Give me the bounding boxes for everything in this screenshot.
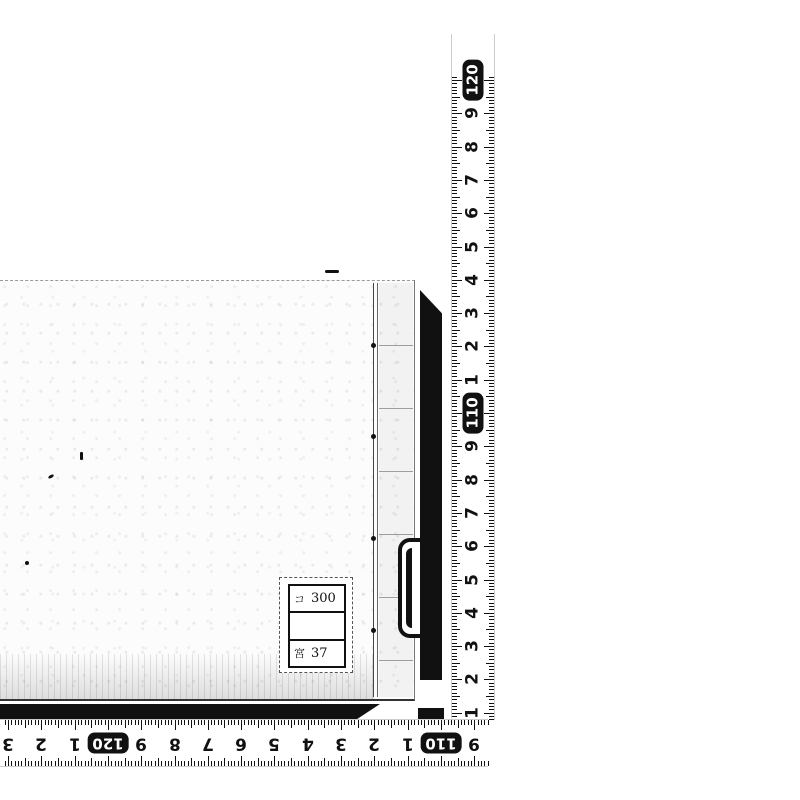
- ruler-tick: [484, 513, 494, 514]
- ruler-tick: [489, 656, 494, 657]
- ruler-tick: [18, 720, 19, 725]
- ruler-tick: [452, 396, 460, 397]
- ruler-tick: [328, 720, 329, 725]
- ruler-tick: [451, 720, 452, 725]
- ruler-tick: [155, 720, 156, 725]
- ruler-tick: [271, 761, 272, 766]
- ruler-tick: [452, 120, 457, 121]
- ruler-tick: [218, 720, 219, 725]
- ruler-tick: [452, 639, 457, 640]
- ruler-tick: [452, 140, 457, 141]
- ruler-tick: [452, 490, 457, 491]
- ruler-tick: [452, 220, 457, 221]
- ruler-tick: [368, 720, 369, 725]
- ruler-tick: [121, 761, 122, 766]
- ruler-tick: [128, 720, 129, 725]
- ruler-tick: [231, 720, 232, 725]
- ruler-tick: [489, 193, 494, 194]
- ruler-tick: [452, 526, 457, 527]
- ruler-tick: [452, 663, 460, 664]
- ruler-tick: [324, 758, 325, 766]
- ruler-tick: [121, 720, 122, 725]
- ruler-tick: [486, 163, 494, 164]
- ruler-tick: [489, 586, 494, 587]
- ruler-tick: [489, 703, 494, 704]
- ruler-tick: [268, 720, 269, 725]
- ruler-tick: [145, 761, 146, 766]
- ruler-tick: [452, 536, 457, 537]
- ruler-tick: [438, 761, 439, 766]
- binding-stitch: [371, 434, 376, 439]
- ruler-tick: [451, 761, 452, 766]
- ruler-tick: [452, 147, 462, 148]
- ruler-tick: [75, 756, 76, 766]
- ruler-tick: [378, 720, 379, 725]
- ruler-label: 7: [465, 507, 482, 519]
- ruler-tick: [489, 83, 494, 84]
- ruler-tick: [452, 426, 457, 427]
- ruler-tick: [489, 153, 494, 154]
- ruler-label: 3: [335, 735, 347, 752]
- ruler-tick: [314, 761, 315, 766]
- ruler-tick: [452, 133, 457, 134]
- ruler-label: 1: [465, 707, 482, 719]
- ruler-tick: [452, 483, 457, 484]
- ruler-tick: [489, 653, 494, 654]
- ruler-tick: [75, 720, 76, 730]
- ruler-tick: [452, 666, 457, 667]
- ruler-tick: [489, 386, 494, 387]
- ruler-tick: [258, 758, 259, 766]
- ruler-tick: [489, 603, 494, 604]
- ruler-tick: [198, 761, 199, 766]
- ruler-tick: [486, 363, 494, 364]
- ruler-tick: [452, 716, 457, 717]
- ruler-tick: [452, 180, 462, 181]
- ruler-tick: [374, 756, 375, 766]
- ruler-tick: [258, 720, 259, 728]
- ruler-tick: [484, 613, 494, 614]
- ruler-tick: [452, 340, 457, 341]
- ruler-tick: [489, 599, 494, 600]
- ruler-tick: [11, 761, 12, 766]
- ruler-tick: [271, 720, 272, 725]
- ruler-tick: [489, 207, 494, 208]
- ruler-label: 1: [465, 374, 482, 386]
- ruler-tick: [484, 147, 494, 148]
- ruler-tick: [264, 761, 265, 766]
- ruler-tick: [489, 100, 494, 101]
- ruler-tick: [241, 720, 242, 730]
- ruler-tick: [489, 237, 494, 238]
- ruler-tick: [484, 679, 494, 680]
- ruler-tick: [291, 720, 292, 728]
- ruler-tick: [198, 720, 199, 725]
- ruler-tick: [101, 761, 102, 766]
- ruler-tick: [141, 756, 142, 766]
- ruler-tick: [341, 720, 342, 730]
- ruler-tick: [388, 720, 389, 725]
- ruler-tick: [452, 366, 457, 367]
- ruler-tick: [452, 550, 457, 551]
- clasp: [398, 538, 420, 638]
- ruler-tick: [38, 720, 39, 725]
- ruler-tick: [452, 200, 457, 201]
- ruler-tick: [489, 420, 494, 421]
- ruler-tick: [489, 433, 494, 434]
- ruler-label: 9: [135, 735, 147, 752]
- ruler-tick: [238, 720, 239, 725]
- ruler-tick: [348, 720, 349, 725]
- ruler-tick: [181, 761, 182, 766]
- ruler-tick: [115, 761, 116, 766]
- ruler-tick: [452, 433, 457, 434]
- ruler-tick: [452, 596, 460, 597]
- ruler-tick: [489, 77, 494, 78]
- ruler-tick: [384, 720, 385, 725]
- ruler-tick: [486, 197, 494, 198]
- ruler-tick: [452, 473, 457, 474]
- ruler-tick: [452, 77, 457, 78]
- ruler-tick: [489, 593, 494, 594]
- ruler-tick: [486, 130, 494, 131]
- ruler-tick: [484, 546, 494, 547]
- ruler-tick: [208, 756, 209, 766]
- ruler-tick: [304, 720, 305, 725]
- ruler-tick: [274, 720, 275, 730]
- ruler-tick: [348, 761, 349, 766]
- ruler-tick: [489, 320, 494, 321]
- ruler-tick: [489, 187, 494, 188]
- ruler-tick: [489, 270, 494, 271]
- ruler-label: 1: [69, 735, 81, 752]
- ruler-tick: [452, 580, 462, 581]
- backdrop-shadow-right: [420, 290, 442, 680]
- ruler-tick: [452, 203, 457, 204]
- ruler-tick: [489, 107, 494, 108]
- ruler-tick: [452, 679, 462, 680]
- ruler-tick: [334, 761, 335, 766]
- ruler-tick: [25, 720, 26, 728]
- ruler-tick: [489, 283, 494, 284]
- ruler-tick: [208, 720, 209, 730]
- ruler-tick: [452, 503, 457, 504]
- ruler-tick: [489, 440, 494, 441]
- ruler-tick: [489, 570, 494, 571]
- ruler-tick: [452, 353, 457, 354]
- ruler-label: 2: [368, 735, 380, 752]
- ruler-tick: [452, 653, 457, 654]
- ruler-tick: [489, 383, 494, 384]
- ruler-tick: [211, 720, 212, 725]
- ruler-tick: [489, 393, 494, 394]
- ruler-tick: [214, 761, 215, 766]
- ruler-tick: [314, 720, 315, 725]
- ruler-label: 7: [202, 735, 214, 752]
- ruler-tick: [452, 270, 457, 271]
- ruler-tick: [489, 400, 494, 401]
- ruler-tick: [489, 336, 494, 337]
- ruler-tick: [452, 247, 462, 248]
- ruler-tick: [452, 400, 457, 401]
- ruler-tick: [452, 576, 457, 577]
- ruler-tick: [48, 761, 49, 766]
- ruler-tick: [452, 97, 460, 98]
- ruler-tick: [101, 720, 102, 725]
- ruler-tick: [65, 720, 66, 725]
- ruler-tick: [489, 543, 494, 544]
- ruler-tick: [489, 200, 494, 201]
- ruler-tick: [489, 157, 494, 158]
- ruler-tick: [489, 490, 494, 491]
- ruler-tick: [18, 761, 19, 766]
- ruler-tick: [452, 80, 462, 81]
- ruler-tick: [452, 500, 457, 501]
- ruler-tick: [381, 761, 382, 766]
- ruler-tick: [354, 761, 355, 766]
- ruler-tick: [452, 326, 457, 327]
- ruler-tick: [161, 720, 162, 725]
- ruler-label: 5: [465, 241, 482, 253]
- ruler-tick: [486, 97, 494, 98]
- ruler-tick: [489, 456, 494, 457]
- ruler-tick: [115, 720, 116, 725]
- ruler-tick: [211, 761, 212, 766]
- ruler-tick: [95, 761, 96, 766]
- ruler-tick: [486, 296, 494, 297]
- ruler-tick: [234, 761, 235, 766]
- ruler-tick: [489, 476, 494, 477]
- ruler-tick: [391, 720, 392, 728]
- ruler-tick: [294, 720, 295, 725]
- ruler-tick: [214, 720, 215, 725]
- ruler-tick: [489, 423, 494, 424]
- ruler-tick: [68, 761, 69, 766]
- backdrop-shadow-bottom: [0, 704, 380, 719]
- ruler-tick: [489, 333, 494, 334]
- ruler-label: 4: [465, 607, 482, 619]
- ruler-label: 8: [465, 141, 482, 153]
- ruler-tick: [224, 758, 225, 766]
- ruler-tick: [452, 623, 457, 624]
- ruler-tick: [489, 316, 494, 317]
- ruler-tick: [98, 761, 99, 766]
- ruler-tick: [452, 346, 462, 347]
- ruler-tick: [452, 613, 462, 614]
- ruler-tick: [288, 761, 289, 766]
- ruler-label: 8: [169, 735, 181, 752]
- ruler-tick: [486, 530, 494, 531]
- ruler-tick: [341, 756, 342, 766]
- ruler-tick: [489, 183, 494, 184]
- ruler-tick: [228, 761, 229, 766]
- ruler-label: 110: [465, 394, 482, 431]
- ruler-tick: [301, 761, 302, 766]
- ruler-tick: [201, 720, 202, 725]
- ruler-tick: [489, 470, 494, 471]
- ruler-tick: [452, 669, 457, 670]
- ruler-tick: [489, 643, 494, 644]
- ruler-tick: [452, 290, 457, 291]
- ruler-tick: [484, 580, 494, 581]
- ruler-label: 9: [468, 735, 480, 752]
- ruler-tick: [131, 720, 132, 725]
- ruler-tick: [48, 720, 49, 725]
- ruler-tick: [334, 720, 335, 725]
- ruler-label: 3: [465, 640, 482, 652]
- ruler-tick: [452, 470, 457, 471]
- ruler-label: 5: [465, 574, 482, 586]
- ruler-tick: [308, 720, 309, 730]
- ruler-tick: [141, 720, 142, 730]
- ruler-tick: [85, 761, 86, 766]
- ruler-tick: [264, 720, 265, 725]
- ruler-tick: [71, 761, 72, 766]
- ruler-tick: [111, 720, 112, 725]
- ruler-tick: [484, 646, 494, 647]
- ruler-tick: [489, 649, 494, 650]
- ruler-tick: [401, 720, 402, 725]
- ruler-tick: [105, 720, 106, 725]
- ruler-label: 2: [35, 735, 47, 752]
- ruler-tick: [489, 706, 494, 707]
- ruler-tick: [138, 720, 139, 725]
- ruler-tick: [398, 720, 399, 725]
- ruler-tick: [85, 720, 86, 725]
- ruler-tick: [489, 190, 494, 191]
- ruler-tick: [304, 761, 305, 766]
- ruler-tick: [488, 720, 489, 725]
- ruler-tick: [452, 520, 457, 521]
- ruler-tick: [311, 761, 312, 766]
- ruler-tick: [268, 761, 269, 766]
- ruler-tick: [204, 720, 205, 725]
- ruler-tick: [421, 720, 422, 725]
- horizontal-ruler: 3211209876543211109: [0, 719, 488, 767]
- ruler-tick: [489, 453, 494, 454]
- ruler-tick: [452, 386, 457, 387]
- ruler-tick: [408, 756, 409, 766]
- ruler-tick: [452, 93, 457, 94]
- ruler-tick: [452, 107, 457, 108]
- ruler-tick: [464, 720, 465, 725]
- ruler-tick: [484, 446, 494, 447]
- ruler-tick: [452, 223, 457, 224]
- ruler-tick: [489, 167, 494, 168]
- ruler-tick: [452, 197, 460, 198]
- ruler-tick: [452, 616, 457, 617]
- ruler-tick: [452, 430, 460, 431]
- ruler-label: 7: [465, 174, 482, 186]
- ruler-tick: [298, 720, 299, 725]
- ruler-tick: [452, 416, 457, 417]
- ruler-tick: [218, 761, 219, 766]
- ruler-tick: [221, 720, 222, 725]
- ruler-tick: [489, 127, 494, 128]
- ruler-tick: [424, 758, 425, 766]
- ruler-tick: [452, 406, 457, 407]
- ruler-tick: [318, 720, 319, 725]
- ruler-tick: [298, 761, 299, 766]
- ruler-tick: [458, 720, 459, 728]
- ruler-tick: [11, 720, 12, 725]
- ruler-tick: [486, 496, 494, 497]
- ruler-tick: [452, 240, 457, 241]
- ruler-tick: [452, 193, 457, 194]
- ruler-tick: [51, 761, 52, 766]
- ruler-tick: [452, 90, 457, 91]
- ruler-tick: [486, 396, 494, 397]
- ruler-tick: [489, 566, 494, 567]
- ruler-tick: [452, 123, 457, 124]
- ruler-tick: [452, 363, 460, 364]
- ruler-tick: [452, 450, 457, 451]
- ruler-tick: [452, 420, 457, 421]
- ruler-tick: [168, 720, 169, 725]
- ruler-tick: [486, 230, 494, 231]
- ruler-tick: [452, 306, 457, 307]
- ruler-tick: [135, 720, 136, 725]
- ruler-tick: [358, 758, 359, 766]
- ruler-tick: [158, 758, 159, 766]
- ruler-tick: [489, 340, 494, 341]
- ruler-tick: [474, 720, 475, 730]
- ruler-tick: [452, 217, 457, 218]
- ruler-tick: [58, 758, 59, 766]
- ruler-tick: [489, 223, 494, 224]
- ruler-tick: [452, 343, 457, 344]
- ruler-tick: [5, 720, 6, 725]
- ruler-tick: [452, 703, 457, 704]
- ruler-tick: [489, 110, 494, 111]
- ruler-tick: [148, 720, 149, 725]
- ruler-tick: [452, 696, 460, 697]
- ruler-tick: [452, 543, 457, 544]
- ruler-label: 2: [465, 340, 482, 352]
- ruler-tick: [452, 689, 457, 690]
- ruler-tick: [448, 761, 449, 766]
- ruler-tick: [486, 463, 494, 464]
- ruler-tick: [489, 350, 494, 351]
- ruler-tick: [489, 626, 494, 627]
- ruler-tick: [55, 761, 56, 766]
- ruler-tick: [489, 426, 494, 427]
- ruler-tick: [484, 280, 494, 281]
- ruler-label: 110: [422, 735, 459, 752]
- ruler-tick: [178, 761, 179, 766]
- ruler-tick: [452, 686, 457, 687]
- ruler-tick: [108, 720, 109, 730]
- ruler-tick: [489, 370, 494, 371]
- ruler-tick: [28, 761, 29, 766]
- ruler-tick: [8, 720, 9, 730]
- ruler-tick: [484, 247, 494, 248]
- ruler-tick: [489, 503, 494, 504]
- ruler-tick: [452, 533, 457, 534]
- ruler-tick: [91, 720, 92, 728]
- ruler-tick: [478, 720, 479, 725]
- ruler-tick: [464, 761, 465, 766]
- scanned-document: コ 300 宮 37 120987654321110987654321100 3…: [0, 0, 800, 800]
- ruler-tick: [338, 761, 339, 766]
- ruler-tick: [452, 373, 457, 374]
- vertical-ruler: 120987654321110987654321100: [451, 34, 495, 720]
- ruler-tick: [448, 720, 449, 725]
- ruler-tick: [408, 720, 409, 730]
- ruler-tick: [452, 656, 457, 657]
- ruler-tick: [489, 293, 494, 294]
- ruler-tick: [261, 761, 262, 766]
